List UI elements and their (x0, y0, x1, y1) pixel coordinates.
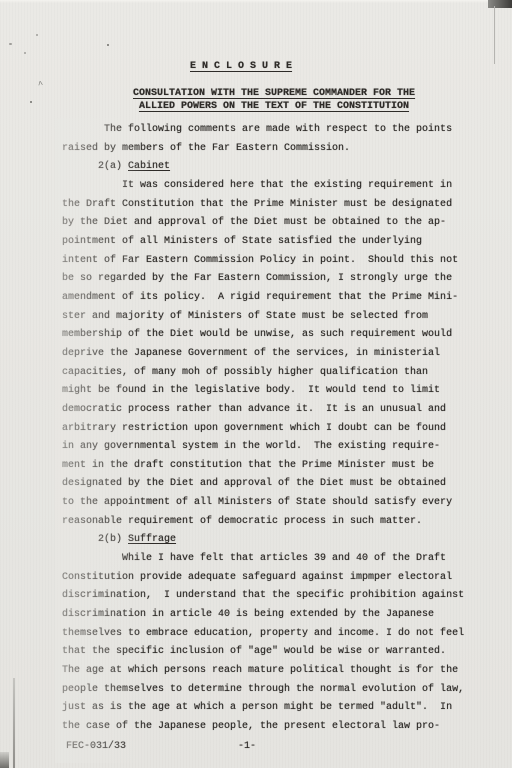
document-line: might be found in the legislative body. … (62, 382, 492, 401)
document-line: discrimination in article 40 is being ex… (62, 606, 492, 625)
document-line: Constitution provide adequate safeguard … (62, 569, 492, 588)
pencil-speck (36, 34, 38, 36)
pencil-speck (24, 52, 26, 54)
document-line: to the appointment of all Ministers of S… (62, 494, 492, 513)
pencil-speck (30, 101, 32, 103)
pencil-speck (107, 44, 109, 46)
pencil-mark: ^ (37, 80, 44, 91)
document-line: The age at which persons reach mature po… (62, 662, 492, 681)
document-line: democratic process rather than advance i… (62, 401, 492, 420)
document-line: The following comments are made with res… (62, 121, 492, 140)
document-line: membership of the Diet would be unwise, … (62, 326, 492, 345)
document-title-line1: CONSULTATION WITH THE SUPREME COMMANDER … (133, 87, 415, 100)
document-line: the Draft Constitution that the Prime Mi… (62, 196, 492, 215)
document-line: by the Diet and approval of the Diet mus… (62, 214, 492, 233)
document-line: discrimination, I understand that the sp… (62, 587, 492, 606)
document-line: pointment of all Ministers of State sati… (62, 233, 492, 252)
document-line: reasonable requirement of democratic pro… (62, 513, 492, 532)
pencil-speck (9, 43, 12, 45)
document-line: capacities, of many moh of possibly high… (62, 364, 492, 383)
document-line: people themselves to determine through t… (62, 681, 492, 700)
scan-fold-line-left (13, 678, 15, 768)
document-line: in any governmental system in the world.… (62, 438, 492, 457)
document-line: ment in the draft constitution that the … (62, 457, 492, 476)
document-page: ^ E N C L O S U R E CONSULTATION WITH TH… (0, 0, 512, 768)
scan-corner-mark (488, 0, 512, 8)
document-line: raised by members of the Far Eastern Com… (62, 140, 492, 159)
document-reference-number: FEC-031/33 (66, 741, 126, 752)
document-line: ster and majority of Ministers of State … (62, 308, 492, 327)
document-line: that the specific inclusion of "age" wou… (62, 643, 492, 662)
document-line: just as is the age at which a person mig… (62, 699, 492, 718)
enclosure-heading: E N C L O S U R E (190, 61, 292, 72)
document-line: designated by the Diet and approval of t… (62, 475, 492, 494)
document-line: arbitrary restriction upon government wh… (62, 420, 492, 439)
document-line: amendment of its policy. A rigid require… (62, 289, 492, 308)
document-line: While I have felt that articles 39 and 4… (62, 550, 492, 569)
document-title-line2: ALLIED POWERS ON THE TEXT OF THE CONSTIT… (133, 100, 415, 113)
scan-edge-highlight (0, 0, 512, 3)
document-body: The following comments are made with res… (62, 121, 492, 737)
document-line: the case of the Japanese people, the pre… (62, 718, 492, 737)
document-line: themselves to embrace education, propert… (62, 625, 492, 644)
document-line: deprive the Japanese Government of the s… (62, 345, 492, 364)
document-line: intent of Far Eastern Commission Policy … (62, 252, 492, 271)
scan-fold-line-right (494, 6, 495, 64)
page-number: -1- (238, 741, 256, 752)
document-line: 2(b) Suffrage (62, 531, 492, 550)
document-line: be so regarded by the Far Eastern Commis… (62, 270, 492, 289)
document-line: 2(a) Cabinet (62, 158, 492, 177)
document-title: CONSULTATION WITH THE SUPREME COMMANDER … (133, 87, 415, 113)
scan-corner-shadow (0, 752, 9, 768)
document-line: It was considered here that the existing… (62, 177, 492, 196)
